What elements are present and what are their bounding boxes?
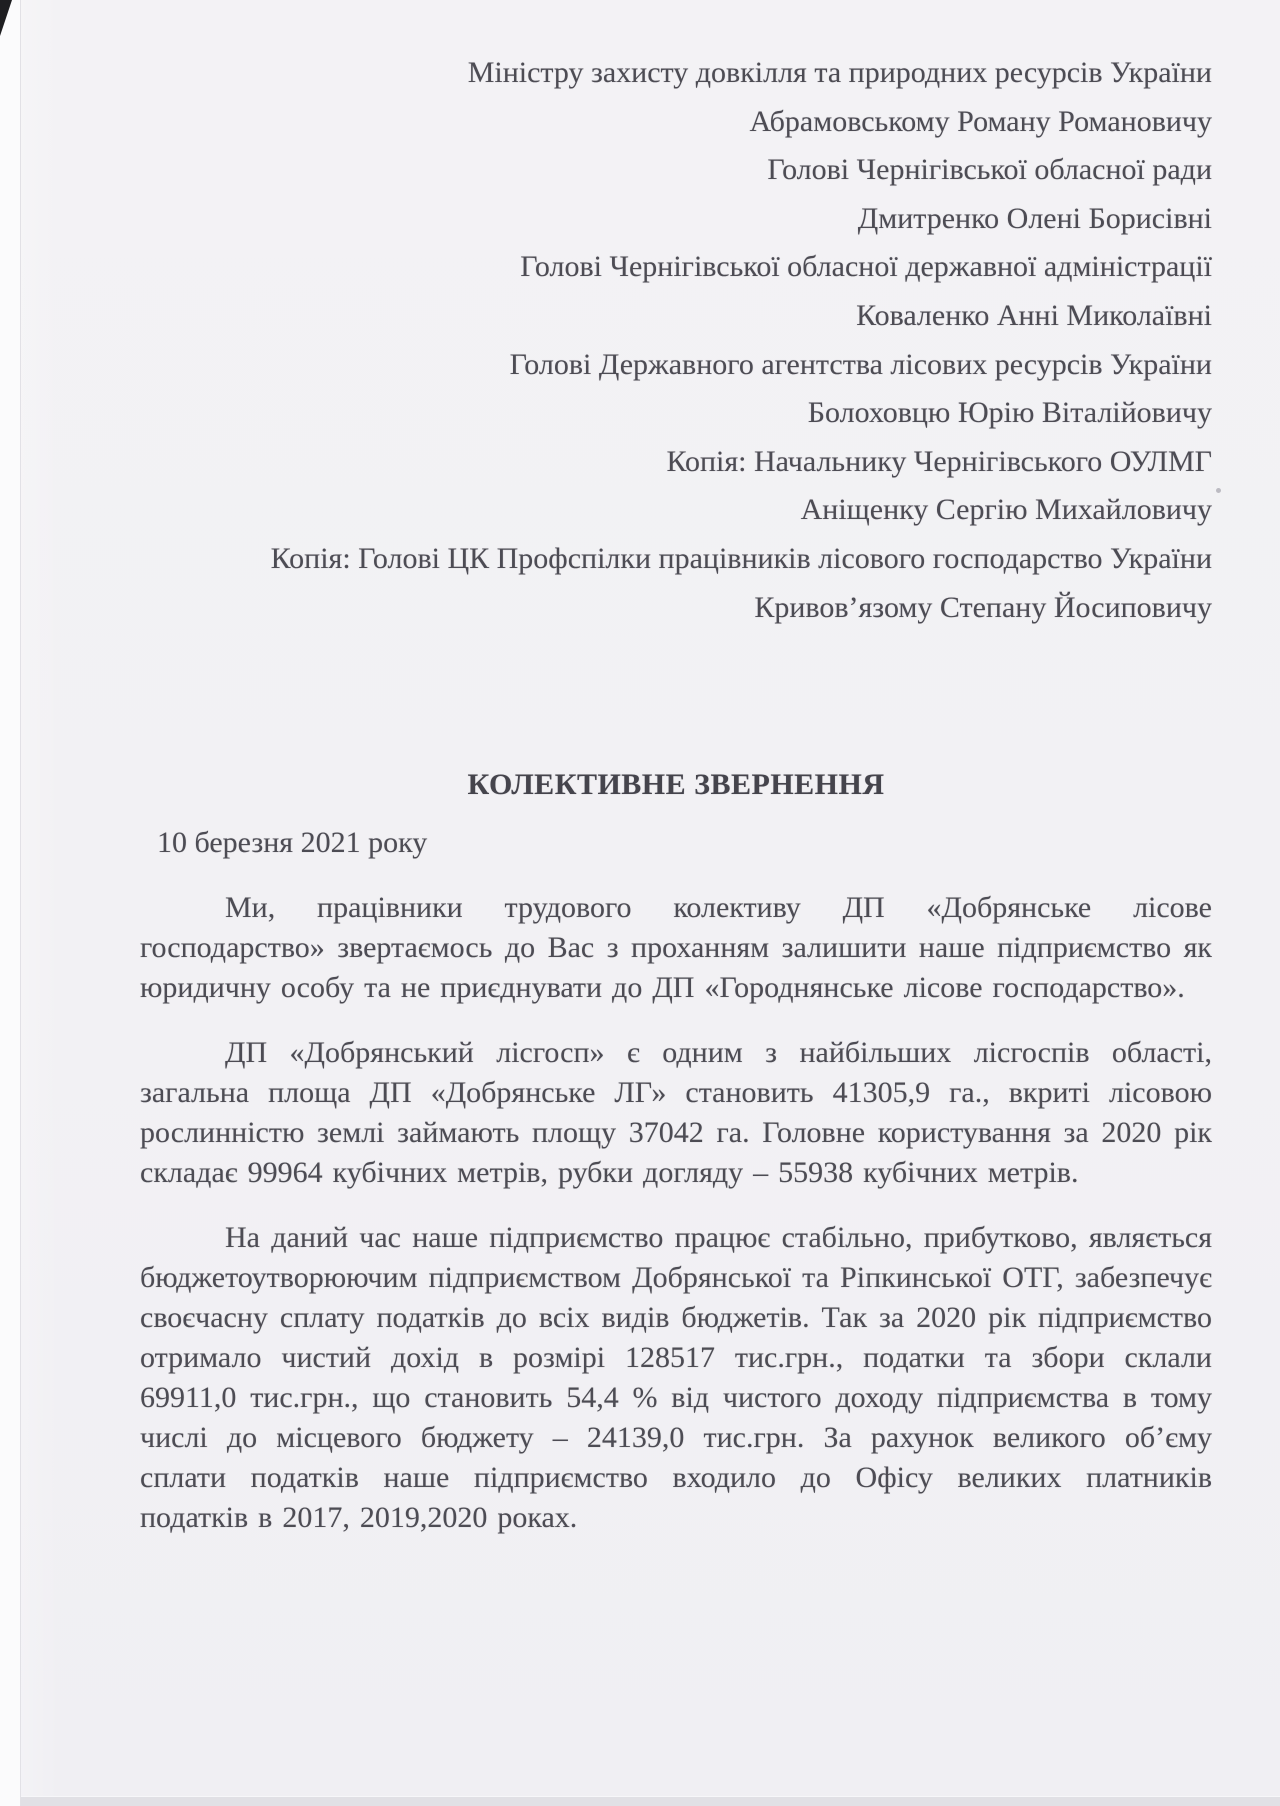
recipient-line: Дмитренко Олені Борисівні (180, 195, 1212, 244)
recipient-line: Кривов’язому Степану Йосиповичу (180, 584, 1212, 633)
recipient-line: Міністру захисту довкілля та природних р… (180, 49, 1212, 98)
recipient-line: Голові Чернігівської обласної державної … (180, 243, 1212, 292)
document-title: КОЛЕКТИВНЕ ЗВЕРНЕННЯ (140, 768, 1212, 802)
scanned-page: Міністру захисту довкілля та природних р… (0, 0, 1280, 1806)
paragraph: На даний час наше підприємство працює ст… (140, 1218, 1212, 1538)
paragraph: ДП «Добрянський лісгосп» є одним з найбі… (140, 1033, 1212, 1193)
recipient-line: Аніщенку Сергію Михайловичу (180, 486, 1212, 535)
recipient-block: Міністру захисту довкілля та природних р… (180, 49, 1212, 632)
paragraph: Ми, працівники трудового колективу ДП «Д… (140, 888, 1212, 1008)
scan-dot-artifact (1216, 488, 1221, 493)
recipient-line: Копія: Начальнику Чернігівського ОУЛМГ (180, 438, 1212, 487)
recipient-line: Коваленко Анні Миколаївні (180, 292, 1212, 341)
recipient-line: Абрамовському Роману Романовичу (180, 98, 1212, 147)
scan-edge-strip (0, 0, 21, 1806)
recipient-line: Голові Чернігівської обласної ради (180, 146, 1212, 195)
letter-body: Ми, працівники трудового колективу ДП «Д… (140, 888, 1212, 1563)
recipient-line: Голові Державного агентства лісових ресу… (180, 341, 1212, 390)
document-date: 10 березня 2021 року (157, 823, 427, 863)
recipient-line: Копія: Голові ЦК Профспілки працівників … (180, 535, 1212, 584)
scan-bottom-band (21, 1797, 1280, 1806)
recipient-line: Болоховцю Юрію Віталійовичу (180, 389, 1212, 438)
